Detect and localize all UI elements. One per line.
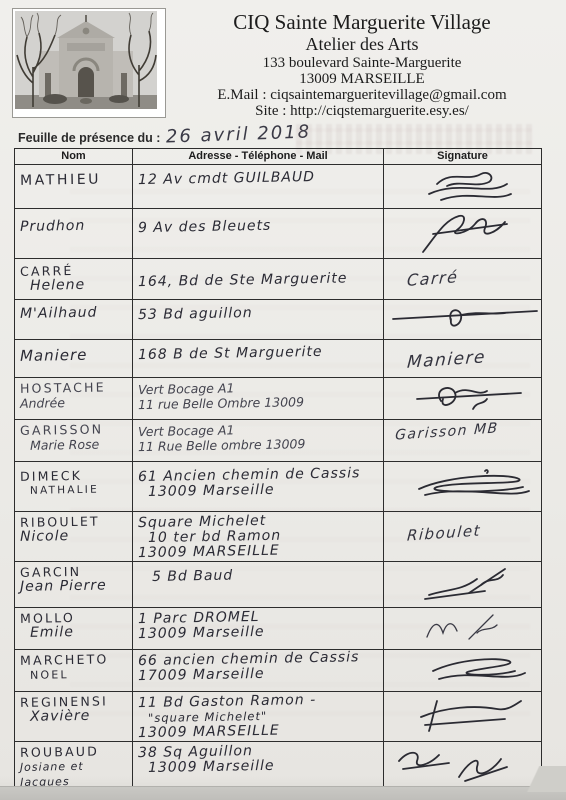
- org-address-line2: 13009 MARSEILLE: [162, 71, 562, 87]
- signature-handwritten: Garisson MB: [395, 420, 500, 443]
- name-handwritten-line2: Helene: [30, 277, 127, 294]
- name-handwritten: Prudhon: [20, 218, 127, 235]
- signature-scribble: [389, 695, 539, 735]
- presence-line: Feuille de présence du :26 avril 2018: [18, 126, 312, 147]
- signature-handwritten: Riboulet: [406, 521, 481, 544]
- name-handwritten: GARISSON: [20, 421, 127, 438]
- signature-scribble: [389, 168, 539, 206]
- address-handwritten-line3: 13009 MARSEILLE: [138, 542, 378, 561]
- table-row: CARRÉHelene 164, Bd de Ste Marguerite Ca…: [15, 259, 542, 300]
- letterhead: CIQ Sainte Marguerite Village Atelier de…: [162, 10, 562, 119]
- signature-scribble: [389, 653, 539, 689]
- table-row: MOLLOEmile 1 Parc DROMEL13009 Marseille: [15, 608, 542, 650]
- signature-scribble: [389, 611, 539, 647]
- table-row: GARISSONMarie Rose Vert Bocage A111 Rue …: [15, 420, 542, 462]
- address-handwritten-line2: 11 Rue Belle ombre 13009: [138, 435, 378, 454]
- name-handwritten-line2: Emile: [30, 624, 127, 641]
- name-handwritten: M'Ailhaud: [20, 305, 127, 322]
- address-handwritten-line3: 13009 MARSEILLE: [138, 722, 378, 741]
- presence-date-handwritten: 26 avril 2018: [166, 121, 312, 147]
- scan-corner-fold: [502, 766, 566, 792]
- org-email: E.Mail : ciqsaintemargueritevillage@gmai…: [162, 87, 562, 103]
- table-row: RIBOULETNicole Square Michelet10 ter bd …: [15, 512, 542, 562]
- table-row: DIMECKNATHALIE 61 Ancien chemin de Cassi…: [15, 462, 542, 512]
- org-subtitle: Atelier des Arts: [162, 34, 562, 55]
- scan-bottom-edge: [0, 786, 566, 800]
- address-handwritten-line2: 17009 Marseille: [138, 665, 378, 684]
- name-handwritten-line2: Marie Rose: [30, 436, 127, 453]
- name-handwritten-line2: Andrée: [20, 394, 127, 411]
- signature-scribble: [389, 381, 539, 417]
- table-row: MATHIEU 12 Av cmdt GUILBAUD: [15, 165, 542, 209]
- address-handwritten: 168 B de St Marguerite: [138, 344, 378, 363]
- address-handwritten: 164, Bd de Ste Marguerite: [138, 271, 378, 290]
- column-header-adresse: Adresse - Téléphone - Mail: [133, 149, 384, 165]
- name-handwritten-line2: NATHALIE: [30, 482, 127, 499]
- table-row: M'Ailhaud 53 Bd aguillon: [15, 300, 542, 340]
- signature-scribble: [389, 212, 539, 256]
- name-handwritten-line2: Jean Pierre: [20, 578, 127, 595]
- table-row: GARCINJean Pierre 5 Bd Baud: [15, 562, 542, 608]
- signature-handwritten: Carré: [406, 267, 459, 290]
- org-address-line1: 133 boulevard Sainte-Marguerite: [162, 55, 562, 71]
- attendance-table: Nom Adresse - Téléphone - Mail Signature…: [14, 148, 542, 792]
- address-handwritten: 9 Av des Bleuets: [138, 217, 378, 236]
- name-handwritten: MARCHETO: [20, 651, 127, 668]
- address-handwritten-line2: 13009 Marseille: [148, 757, 378, 776]
- name-handwritten-line2: NOEL: [30, 666, 127, 683]
- church-facade-illustration: [15, 11, 157, 109]
- address-handwritten-line2: 13009 Marseille: [138, 623, 378, 642]
- name-handwritten: DIMECK: [20, 467, 127, 484]
- signature-scribble: [389, 465, 539, 509]
- address-handwritten: 12 Av cmdt GUILBAUD: [138, 169, 378, 188]
- column-header-nom: Nom: [15, 149, 133, 165]
- table-row: REGINENSIXavière 11 Bd Gaston Ramon -"sq…: [15, 692, 542, 742]
- church-photo: [12, 8, 166, 118]
- table-row: HOSTACHEAndrée Vert Bocage A111 rue Bell…: [15, 378, 542, 420]
- name-handwritten: Maniere: [20, 347, 127, 364]
- address-handwritten-line2: 13009 Marseille: [148, 481, 378, 500]
- name-handwritten-line2: Nicole: [20, 528, 127, 545]
- scanned-attendance-sheet: { "colors": {"paper": "#ebeae6", "ink": …: [0, 0, 566, 800]
- signature-handwritten: Maniere: [406, 347, 486, 373]
- address-handwritten: 53 Bd aguillon: [138, 304, 378, 323]
- org-title: CIQ Sainte Marguerite Village: [162, 10, 562, 34]
- presence-label: Feuille de présence du :: [18, 131, 160, 145]
- name-handwritten: MATHIEU: [20, 172, 127, 189]
- table-row: MARCHETONOEL 66 ancien chemin de Cassis1…: [15, 650, 542, 692]
- column-header-signature: Signature: [384, 149, 542, 165]
- table-row: ROUBAUDJosiane et Jacques 38 Sq Aguillon…: [15, 742, 542, 792]
- address-handwritten-line2: 11 rue Belle Ombre 13009: [138, 393, 378, 412]
- table-header-row: Nom Adresse - Téléphone - Mail Signature: [15, 149, 542, 165]
- signature-scribble: [389, 303, 539, 337]
- table-row: Maniere 168 B de St Marguerite Maniere: [15, 340, 542, 378]
- signature-scribble: [389, 565, 539, 605]
- name-handwritten-line2: Xavière: [30, 708, 127, 725]
- address-handwritten: 5 Bd Baud: [152, 566, 378, 585]
- table-row: Prudhon 9 Av des Bleuets: [15, 209, 542, 259]
- org-website: Site : http://ciqstemarguerite.esy.es/: [162, 103, 562, 119]
